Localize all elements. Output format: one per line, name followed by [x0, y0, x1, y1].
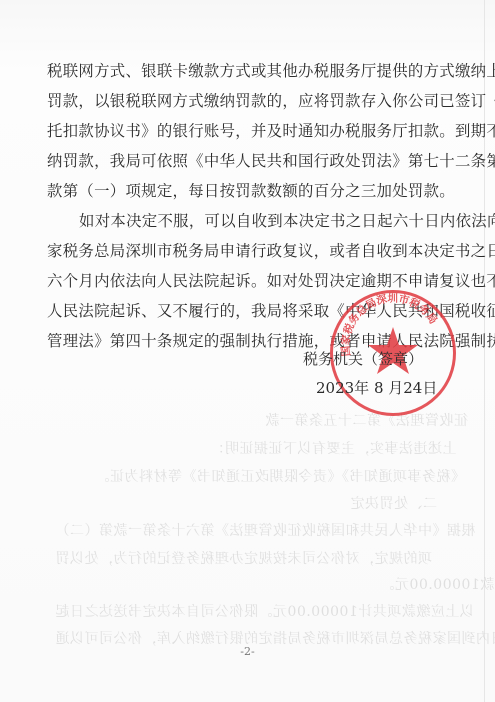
- text-line: 家税务总局深圳市税务局申请行政复议，或者自收到本决定书之日起: [47, 242, 447, 260]
- signature-label: 税务机关（签章）: [303, 348, 423, 369]
- bleed-through-text: 根据《中华人民共和国税收征收管理法》第六十条第一款第（二）: [55, 520, 476, 540]
- bleed-through-text: 项的规定，对你公司未按规定办理税务登记的行为，处以罚: [55, 548, 432, 568]
- text-line: 六个月内依法向人民法院起诉。如对处罚决定逾期不申请复议也不向: [47, 272, 447, 290]
- bleed-through-text: 征收管理法》第二十五条第一款: [265, 410, 468, 430]
- text-line: 如对本决定不服，可以自收到本决定书之日起六十日内依法向国: [79, 212, 447, 230]
- text-line: 托扣款协议书》的银行账号，并及时通知办税服务厅扣款。到期不缴: [47, 122, 447, 140]
- text-line: 纳罚款，我局可依照《中华人民共和国行政处罚法》第七十二条第一: [47, 152, 447, 170]
- bleed-through-text: 二、处罚决定: [350, 493, 437, 513]
- bleed-through-text: 以上应缴款项共计10000.00元。限你公司自本决定书送达之日起: [55, 601, 474, 621]
- bleed-through-text: 上述违法事实，主要有以下证据证明：: [210, 438, 457, 458]
- text-line: 款第（一）项规定，每日按罚款数额的百分之三加处罚款。: [47, 182, 447, 200]
- bleed-through-text: 《税务事项通知书》《责令限期改正通知书》等材料为证。: [95, 466, 465, 486]
- text-line: 税联网方式、银联卡缴款方式或其他办税服务厅提供的方式缴纳上述: [47, 62, 447, 80]
- document-page: 税联网方式、银联卡缴款方式或其他办税服务厅提供的方式缴纳上述 罚款，以银税联网方…: [0, 0, 495, 702]
- page-number: -2-: [0, 645, 495, 658]
- text-line: 罚款，以银税联网方式缴纳罚款的，应将罚款存入你公司已签订《委: [47, 92, 447, 110]
- bleed-through-text: 款10000.00元。: [380, 574, 494, 594]
- date: 2023年 8 月24日: [316, 377, 437, 398]
